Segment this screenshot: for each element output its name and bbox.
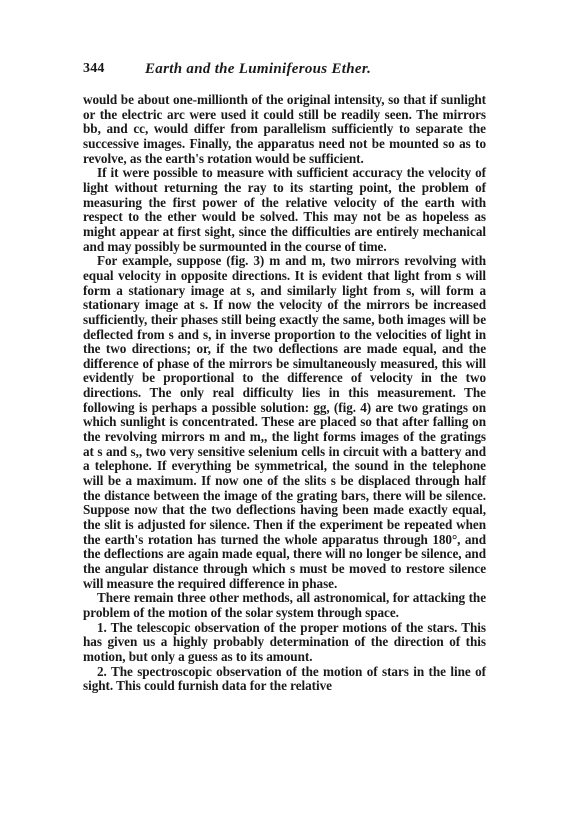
paragraph-first-power-velocity: If it were possible to measure with suff… [83,166,486,254]
body-text: would be about one-millionth of the orig… [83,93,486,694]
page-number: 344 [83,58,105,80]
paragraph-intensity-continuation: would be about one-millionth of the orig… [83,93,486,166]
paragraph-method-spectroscopic: 2. The spectroscopic observation of the … [83,665,486,694]
paragraph-method-telescopic: 1. The telescopic observation of the pro… [83,621,486,665]
running-head: 344 Earth and the Luminiferous Ether. [83,58,486,80]
book-page: 344 Earth and the Luminiferous Ether. wo… [83,58,486,694]
paragraph-revolving-mirrors-example: For example, suppose (fig. 3) m and m, t… [83,254,486,591]
running-title: Earth and the Luminiferous Ether. [145,58,371,80]
paragraph-astronomical-methods: There remain three other methods, all as… [83,591,486,620]
